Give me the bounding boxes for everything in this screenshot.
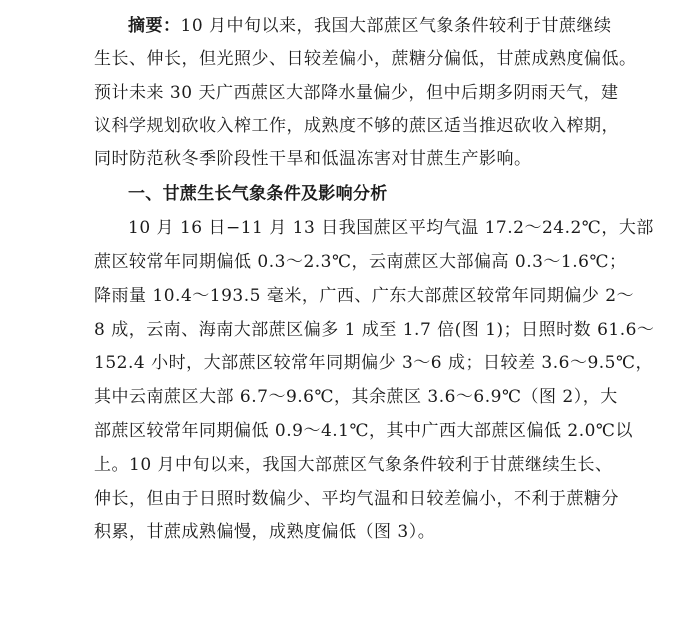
abstract-line-5: 同时防范秋冬季阶段性干旱和低温冻害对甘蔗生产影响。 (94, 142, 591, 176)
body-line-5: 152.4 小时，大部蔗区较常年同期偏少 3～6 成；日较差 3.6～9.5℃， (94, 346, 591, 380)
abstract-line-4: 议科学规划砍收入榨工作，成熟度不够的蔗区适当推迟砍收入榨期， (94, 109, 591, 143)
section-heading: 一、甘蔗生长气象条件及影响分析 (128, 177, 388, 211)
abstract-text: 10 月中旬以来，我国大部蔗区气象条件较利于甘蔗继续 (181, 16, 612, 36)
abstract-label: 摘要： (128, 16, 181, 36)
body-line-10: 积累，甘蔗成熟偏慢，成熟度偏低（图 3）。 (94, 515, 591, 549)
body-line-8: 上。10 月中旬以来，我国大部蔗区气象条件较利于甘蔗继续生长、 (94, 448, 591, 482)
body-line-4: 8 成，云南、海南大部蔗区偏多 1 成至 1.7 倍(图 1)；日照时数 61.… (94, 313, 591, 347)
body-line-9: 伸长，但由于日照时数偏少、平均气温和日较差偏小，不利于蔗糖分 (94, 482, 591, 516)
body-line-2: 蔗区较常年同期偏低 0.3～2.3℃，云南蔗区大部偏高 0.3～1.6℃； (94, 245, 591, 279)
body-line-6: 其中云南蔗区大部 6.7～9.6℃，其余蔗区 3.6～6.9℃（图 2），大 (94, 380, 591, 414)
body-line-1: 10 月 16 日−11 月 13 日我国蔗区平均气温 17.2～24.2℃，大… (128, 211, 591, 245)
abstract-line-1: 摘要：10 月中旬以来，我国大部蔗区气象条件较利于甘蔗继续 (128, 9, 591, 43)
document-page: 摘要：10 月中旬以来，我国大部蔗区气象条件较利于甘蔗继续 生长、伸长，但光照少… (0, 0, 688, 619)
body-line-7: 部蔗区较常年同期偏低 0.9～4.1℃，其中广西大部蔗区偏低 2.0℃以 (94, 414, 591, 448)
abstract-line-3: 预计未来 30 天广西蔗区大部降水量偏少，但中后期多阴雨天气，建 (94, 76, 591, 110)
body-line-3: 降雨量 10.4～193.5 毫米，广西、广东大部蔗区较常年同期偏少 2～ (94, 279, 591, 313)
abstract-line-2: 生长、伸长，但光照少、日较差偏小，蔗糖分偏低，甘蔗成熟度偏低。 (94, 42, 591, 76)
